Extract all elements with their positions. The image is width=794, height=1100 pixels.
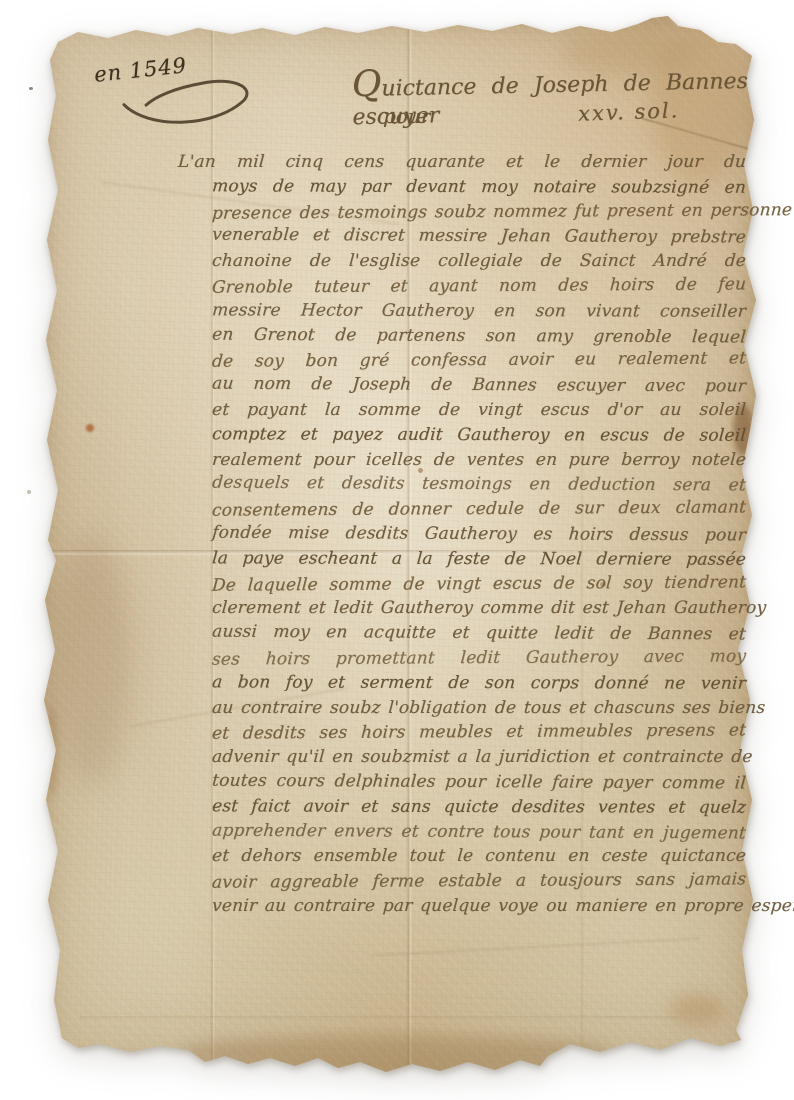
manuscript-line: L'an mil cinq cens quarante et le dernie…	[177, 150, 747, 175]
manuscript-line: toutes cours delphinales pour icelle fai…	[211, 769, 747, 797]
manuscript-line: realement pour icelles de ventes en pure…	[211, 448, 747, 473]
manuscript-line: consentemens de donner cedule de sur deu…	[211, 496, 747, 524]
manuscript-line: De laquelle somme de vingt escus de sol …	[211, 570, 747, 598]
heading-amount: xxv. sol.	[578, 98, 680, 126]
manuscript-line: est faict avoir et sans quicte desdites …	[211, 794, 747, 820]
manuscript-line: fondée mise desdits Gautheroy es hoirs d…	[211, 521, 747, 549]
manuscript-line: Grenoble tuteur et ayant nom des hoirs d…	[211, 272, 747, 300]
heading-pour: pour	[383, 104, 430, 128]
manuscript-line: presence des tesmoings soubz nommez fut …	[211, 198, 747, 226]
manuscript-line: moys de may par devant moy notaire soubz…	[211, 174, 747, 200]
manuscript-line: clerement et ledit Gautheroy comme dit e…	[211, 596, 747, 621]
ink-layer: en 1549 Quictance de Joseph de Bannes es…	[0, 0, 794, 1100]
manuscript-line: aussi moy en acquitte et quitte ledit de…	[211, 620, 747, 648]
manuscript-line: apprehender envers et contre tous pour t…	[211, 818, 747, 846]
manuscript-line: venerable et discret messire Jehan Gauth…	[211, 223, 747, 251]
manuscript-line: venir au contraire par quelque voye ou m…	[211, 894, 747, 919]
photo-background: en 1549 Quictance de Joseph de Bannes es…	[0, 0, 794, 1100]
manuscript-line: et dehors ensemble tout le contenu en ce…	[211, 844, 747, 869]
manuscript-line: messire Hector Gautheroy en son vivant c…	[211, 298, 747, 324]
manuscript-line: et payant la somme de vingt escus d'or a…	[211, 398, 747, 423]
manuscript-line: advenir qu'il en soubzmist a la juridict…	[211, 745, 747, 770]
manuscript-line: a bon foy et serment de son corps donné …	[211, 670, 747, 696]
manuscript-line: la paye escheant a la feste de Noel dern…	[211, 546, 747, 572]
manuscript-line: ses hoirs promettant ledit Gautheroy ave…	[211, 644, 747, 672]
manuscript-line: avoir aggreable ferme estable a tousjour…	[211, 867, 747, 895]
manuscript-body: L'an mil cinq cens quarante et le dernie…	[212, 150, 746, 919]
manuscript-line: de soy bon gré confessa avoir eu realeme…	[211, 347, 747, 375]
pen-flourish-icon	[114, 69, 268, 137]
manuscript-line: au nom de Joseph de Bannes escuyer avec …	[211, 372, 747, 400]
manuscript-line: comptez et payez audit Gautheroy en escu…	[211, 422, 747, 448]
manuscript-line: chanoine de l'esglise collegiale de Sain…	[211, 249, 747, 274]
manuscript-line: au contraire soubz l'obligation de tous …	[211, 696, 747, 721]
manuscript-line: desquels et desdits tesmoings en deducti…	[211, 471, 747, 499]
manuscript-line: et desdits ses hoirs meubles et immeuble…	[211, 719, 747, 747]
manuscript-line: en Grenot de partenens son amy grenoble …	[211, 322, 747, 350]
